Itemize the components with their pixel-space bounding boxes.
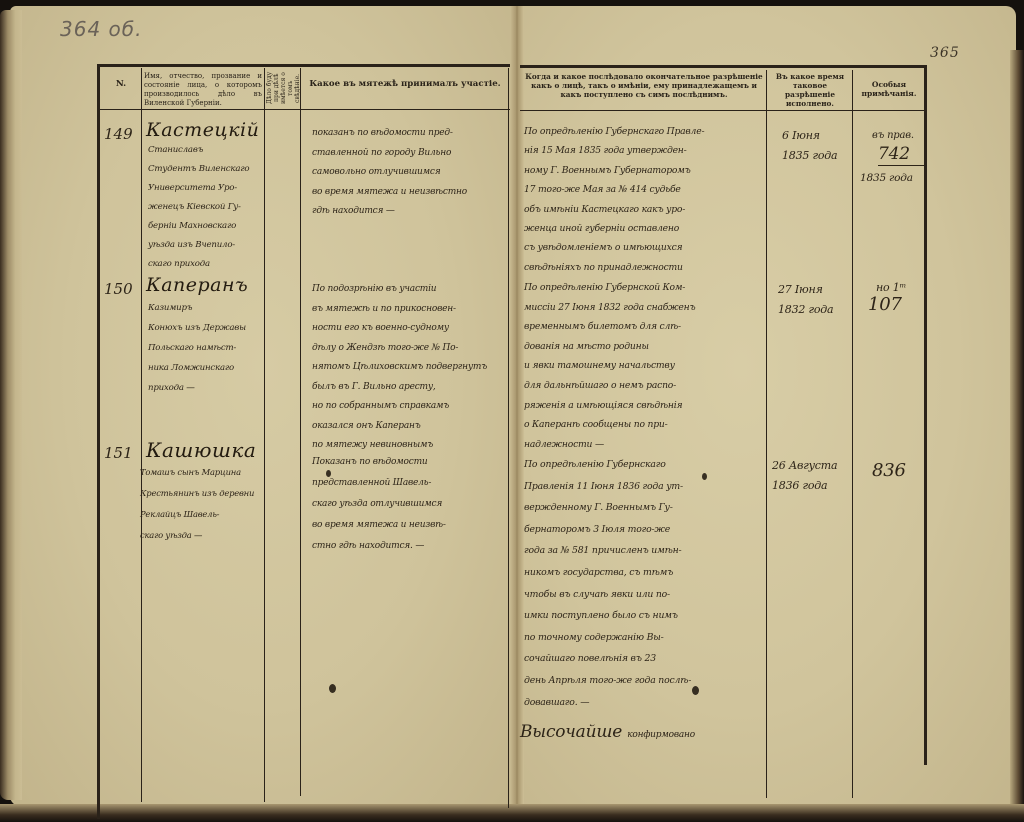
row-person-details: Томашъ сынъ Марцина Крестьянинъ изъ дере…	[140, 462, 266, 546]
confirmation-word-big: Высочайше	[520, 722, 622, 742]
row-surname: Каперанъ	[146, 274, 248, 296]
paper-hole-mark	[692, 686, 699, 695]
row-when-executed: 27 Іюня 1832 года	[778, 280, 850, 320]
row-surname: Кастецкiй	[146, 119, 259, 141]
right-top-rule	[520, 65, 926, 68]
open-ledger-book: 364 об. 365 N. Имя, отчество, прозвание …	[0, 0, 1024, 822]
row-participation: показанъ по вѣдомости пред- ставленной п…	[312, 124, 510, 222]
right-border	[924, 65, 927, 765]
row-surname: Кашюшка	[146, 438, 256, 462]
header-name: Имя, отчество, прозвание и состояніе лиц…	[144, 72, 262, 108]
row-when-executed: 26 Августа 1836 года	[772, 456, 852, 496]
left-top-rule	[100, 64, 510, 67]
row-number: 150	[104, 280, 133, 298]
header-participation: Какое въ мятежѣ принималъ участіе.	[304, 80, 506, 89]
confirmation-word-rest: конфирмовано	[627, 730, 695, 740]
header-resolution: Когда и какое послѣдовало окончательное …	[524, 72, 764, 99]
row-number: 149	[104, 125, 133, 143]
row-resolution-confirmation: Высочайше конфирмовано	[520, 722, 770, 745]
bottom-page-edges	[0, 804, 1024, 822]
col-divider-where	[300, 68, 301, 796]
row-person-details: Казимиръ Конюхъ изъ Державы Польскаго на…	[148, 298, 266, 398]
col-divider-executed	[852, 70, 853, 798]
folio-pencil-number: 364 об.	[60, 17, 142, 41]
row-resolution: По опредѣленію Губернской Ком- миссіи 27…	[524, 278, 770, 454]
left-border	[97, 64, 100, 819]
row-when-executed: 6 Іюня 1835 года	[782, 126, 852, 166]
left-page-edges	[0, 10, 22, 800]
row-resolution: По опредѣленію Губернскаго Правленія 11 …	[524, 454, 770, 713]
header-remarks: Особыя примѣчанія.	[855, 80, 923, 98]
paper-hole-mark	[326, 470, 331, 477]
folio-page-number: 365	[930, 45, 960, 61]
row-resolution: По опредѣленію Губернскаго Правле- нія 1…	[524, 122, 770, 277]
row-remarks-number: 836	[872, 460, 906, 482]
right-page-edges	[1010, 50, 1024, 810]
row-remarks-number: 742	[878, 143, 924, 166]
header-number: N.	[104, 80, 138, 89]
paper-hole-mark	[702, 473, 707, 480]
paper-hole-mark	[329, 684, 336, 693]
left-header-rule	[100, 109, 510, 110]
header-when-executed: Въ какое время таковое разрѣшеніе исполн…	[768, 72, 852, 108]
row-remarks-number: 107	[868, 294, 902, 316]
row-number: 151	[104, 444, 133, 462]
row-remarks-line2: 1835 года	[860, 168, 913, 188]
col-divider-number	[141, 68, 142, 802]
header-where-case: Дѣло буду при дѣлѣ имѣется о томъ свѣдѣн…	[266, 70, 299, 106]
row-participation: По подозрѣнію въ участіи въ мятежѣ и по …	[312, 280, 510, 456]
book-gutter	[510, 6, 524, 806]
row-person-details: Станиславъ Студентъ Виленскаго Университ…	[148, 141, 266, 274]
row-participation: Показанъ по вѣдомости представленной Шав…	[312, 452, 510, 557]
right-header-rule	[520, 110, 926, 111]
